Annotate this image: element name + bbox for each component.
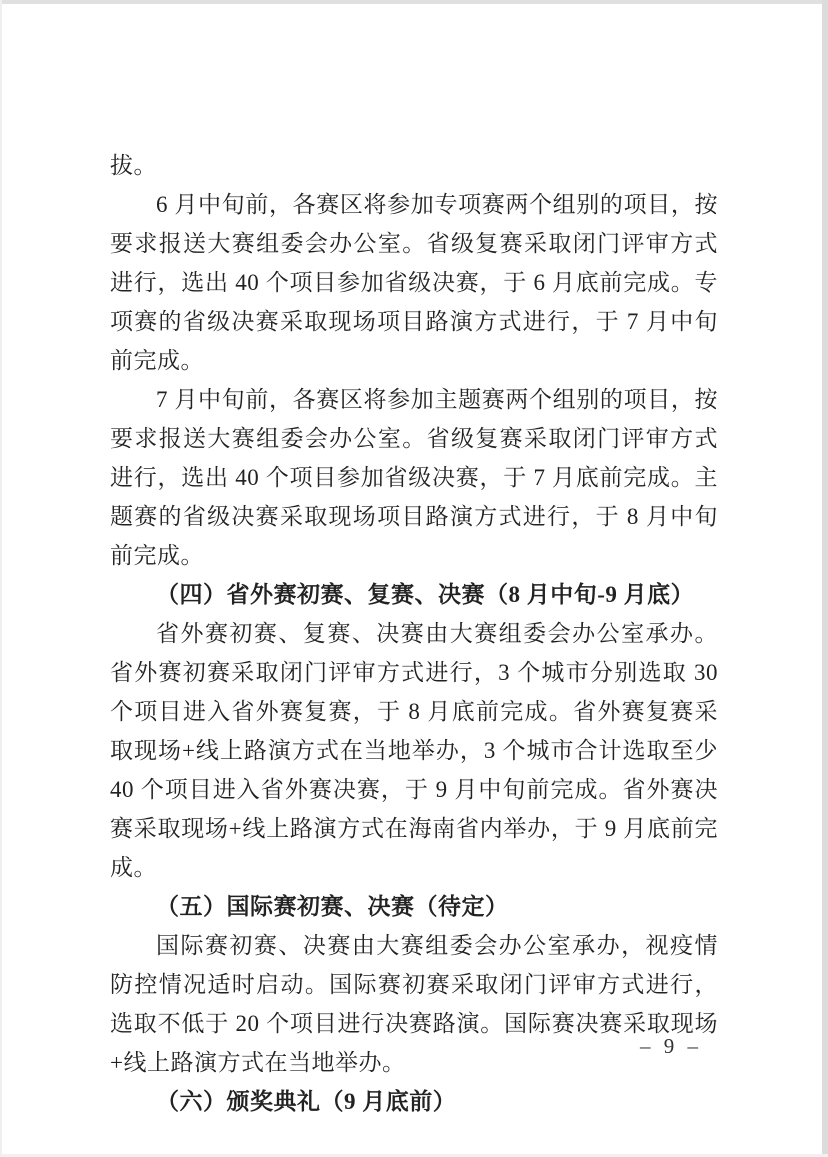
section-heading-five: （五）国际赛初赛、决赛（待定） bbox=[110, 887, 718, 926]
page-edge-top bbox=[0, 0, 828, 4]
paragraph-theme-contest-schedule: 7 月中旬前，各赛区将参加主题赛两个组别的项目，按要求报送大赛组委会办公室。省级… bbox=[110, 380, 718, 575]
document-body: 拔。 6 月中旬前，各赛区将参加专项赛两个组别的项目，按要求报送大赛组委会办公室… bbox=[110, 146, 718, 1121]
paragraph-special-contest-schedule: 6 月中旬前，各赛区将参加专项赛两个组别的项目，按要求报送大赛组委会办公室。省级… bbox=[110, 185, 718, 380]
paragraph-out-of-province-contest: 省外赛初赛、复赛、决赛由大赛组委会办公室承办。省外赛初赛采取闭门评审方式进行，3… bbox=[110, 614, 718, 887]
document-page: 拔。 6 月中旬前，各赛区将参加专项赛两个组别的项目，按要求报送大赛组委会办公室… bbox=[0, 0, 828, 1157]
page-edge-right bbox=[822, 0, 828, 1157]
paragraph-international-contest: 国际赛初赛、决赛由大赛组委会办公室承办，视疫情防控情况适时启动。国际赛初赛采取闭… bbox=[110, 926, 718, 1082]
section-heading-six: （六）颁奖典礼（9 月底前） bbox=[110, 1082, 718, 1121]
page-edge-left bbox=[0, 0, 2, 1157]
paragraph-continuation: 拔。 bbox=[110, 146, 718, 185]
section-heading-four: （四）省外赛初赛、复赛、决赛（8 月中旬-9 月底） bbox=[110, 575, 718, 614]
page-number: – 9 – bbox=[640, 1031, 702, 1061]
